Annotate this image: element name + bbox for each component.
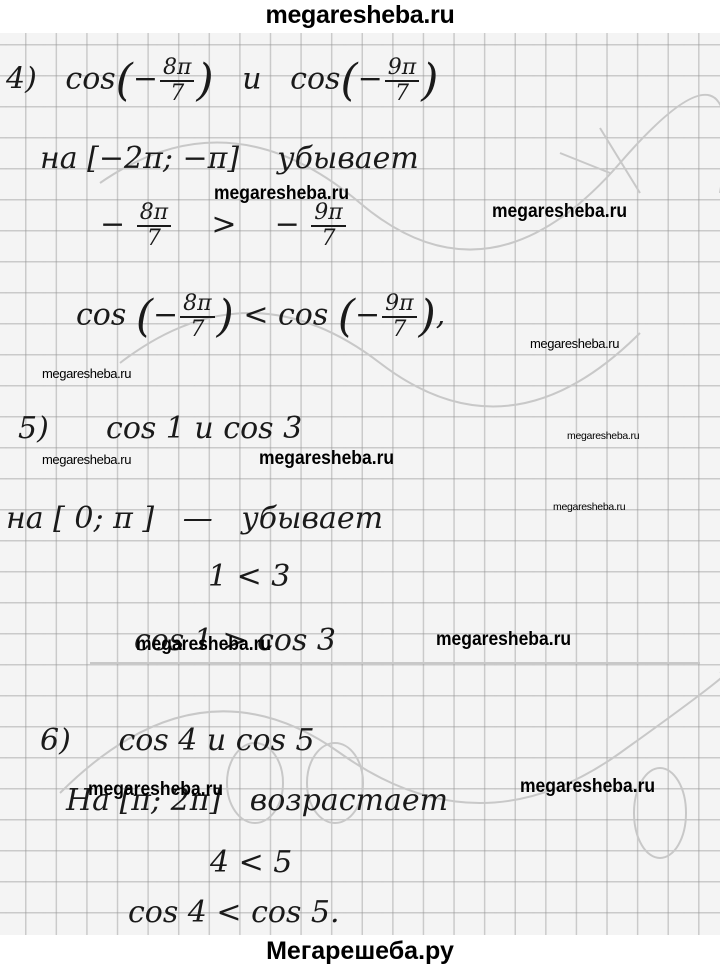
problem-4-result: cos (−8π7) < cos (−9π7), [76,291,445,342]
watermark: megaresheba.ru [530,336,619,351]
watermark: megaresheba.ru [42,452,131,467]
fraction: 9π7 [382,292,416,342]
watermark: megaresheba.ru [553,501,625,513]
watermark: megaresheba.ru [492,201,627,223]
problem-4-interval: на [−2π; −π] убывает [40,141,419,176]
watermark: megaresheba.ru [214,183,349,205]
problem-4-compare: − 8π7 > − 9π7 [100,201,348,251]
watermark: megaresheba.ru [436,629,571,651]
problem-6-result: cos 4 < cos 5. [128,895,340,930]
watermark: megaresheba.ru [520,776,655,798]
problem-5-statement: 5) cos 1 и cos 3 [18,411,302,446]
problem-number: 4) [6,62,37,97]
site-name-bottom: Мегарешеба.ру [266,937,454,965]
watermark: megaresheba.ru [136,634,271,656]
watermark: megaresheba.ru [88,779,223,801]
problem-5-interval: на [ 0; π ] — убывает [6,501,383,536]
problem-6-statement: 6) cos 4 и cos 5 [40,723,315,758]
problem-6-compare: 4 < 5 [210,845,292,880]
problem-number: 6) [40,723,71,758]
watermark: megaresheba.ru [42,366,131,381]
watermark: megaresheba.ru [259,448,394,470]
site-header: megaresheba.ru [0,0,720,33]
notebook-page: 4) cos(−8π7) и cos(−9π7) на [−2π; −π] уб… [0,33,720,935]
problem-4-statement: 4) cos(−8π7) и cos(−9π7) [6,55,438,106]
fraction: 9π7 [385,56,419,106]
problem-number: 5) [18,411,49,446]
site-footer: Мегарешеба.ру [0,935,720,969]
watermark: megaresheba.ru [567,430,639,442]
site-name-top: megaresheba.ru [266,1,455,29]
fraction: 8π7 [137,201,171,251]
fraction: 9π7 [311,201,345,251]
fraction: 8π7 [160,56,194,106]
problem-5-compare: 1 < 3 [208,559,290,594]
fraction: 8π7 [180,292,214,342]
